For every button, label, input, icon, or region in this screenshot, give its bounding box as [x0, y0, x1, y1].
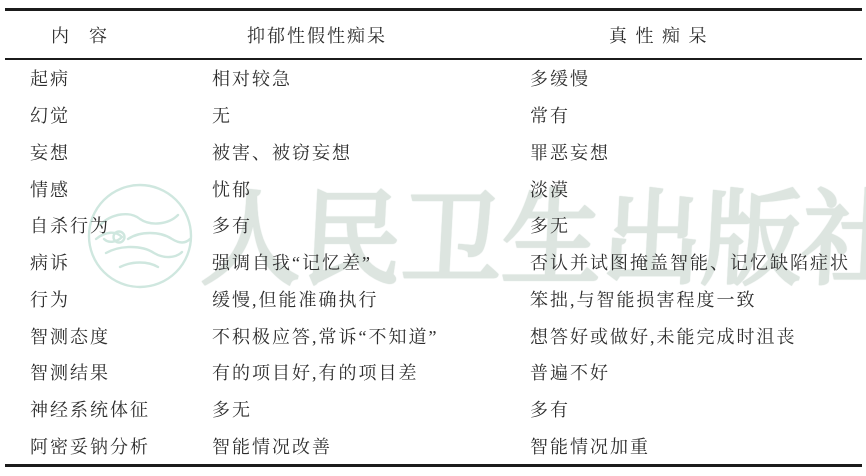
- table-row: 病诉 强调自我“记忆差” 否认并试图掩盖智能、记忆缺陷症状: [5, 244, 862, 281]
- cell-true: 淡漠: [530, 176, 862, 202]
- cell-pseudo: 相对较急: [212, 65, 530, 91]
- cell-true: 多无: [530, 212, 862, 238]
- document-page: 人 民 卫 生 出 版 社 内 容 抑郁性假性痴呆 真 性 痴 呆 起病 相对较…: [0, 0, 866, 476]
- cell-item: 神经系统体征: [5, 396, 212, 422]
- cell-true: 罪恶妄想: [530, 139, 862, 165]
- table-row: 情感 忧郁 淡漠: [5, 170, 862, 207]
- table-row: 智测态度 不积极应答,常诉“不知道” 想答好或做好,未能完成时沮丧: [5, 317, 862, 354]
- table-row: 阿密妥钠分析 智能情况改善 智能情况加重: [5, 427, 862, 464]
- header-cell-item: 内 容: [5, 22, 212, 48]
- cell-item: 智测态度: [5, 323, 212, 349]
- cell-pseudo: 不积极应答,常诉“不知道”: [212, 323, 530, 349]
- cell-pseudo: 多无: [212, 396, 530, 422]
- cell-item: 起病: [5, 65, 212, 91]
- cell-true: 笨拙,与智能损害程度一致: [530, 286, 862, 312]
- cell-item: 幻觉: [5, 102, 212, 128]
- comparison-table: 内 容 抑郁性假性痴呆 真 性 痴 呆 起病 相对较急 多缓慢 幻觉 无 常有 …: [5, 8, 862, 467]
- cell-item: 行为: [5, 286, 212, 312]
- table-row: 幻觉 无 常有: [5, 97, 862, 134]
- table-row: 行为 缓慢,但能准确执行 笨拙,与智能损害程度一致: [5, 280, 862, 317]
- cell-item: 情感: [5, 176, 212, 202]
- table-row: 神经系统体征 多无 多有: [5, 391, 862, 428]
- cell-true: 多缓慢: [530, 65, 862, 91]
- cell-pseudo: 智能情况改善: [212, 433, 530, 459]
- cell-true: 常有: [530, 102, 862, 128]
- cell-pseudo: 被害、被窃妄想: [212, 139, 530, 165]
- cell-pseudo: 缓慢,但能准确执行: [212, 286, 530, 312]
- cell-true: 想答好或做好,未能完成时沮丧: [530, 323, 862, 349]
- table-row: 妄想 被害、被窃妄想 罪恶妄想: [5, 133, 862, 170]
- cell-pseudo: 无: [212, 102, 530, 128]
- header-cell-pseudodementia: 抑郁性假性痴呆: [212, 22, 530, 48]
- cell-item: 自杀行为: [5, 212, 212, 238]
- table-row: 智测结果 有的项目好,有的项目差 普遍不好: [5, 354, 862, 391]
- cell-item: 阿密妥钠分析: [5, 433, 212, 459]
- cell-pseudo: 强调自我“记忆差”: [212, 249, 530, 275]
- cell-item: 妄想: [5, 139, 212, 165]
- cell-pseudo: 多有: [212, 212, 530, 238]
- cell-pseudo: 有的项目好,有的项目差: [212, 359, 530, 385]
- cell-true: 多有: [530, 396, 862, 422]
- cell-pseudo: 忧郁: [212, 176, 530, 202]
- table-body: 起病 相对较急 多缓慢 幻觉 无 常有 妄想 被害、被窃妄想 罪恶妄想 情感 忧…: [5, 60, 862, 464]
- cell-true: 智能情况加重: [530, 433, 862, 459]
- table-row: 自杀行为 多有 多无: [5, 207, 862, 244]
- cell-true: 否认并试图掩盖智能、记忆缺陷症状: [530, 249, 862, 275]
- table-row: 起病 相对较急 多缓慢: [5, 60, 862, 97]
- cell-item: 智测结果: [5, 359, 212, 385]
- table-header-row: 内 容 抑郁性假性痴呆 真 性 痴 呆: [5, 11, 862, 60]
- cell-item: 病诉: [5, 249, 212, 275]
- cell-true: 普遍不好: [530, 359, 862, 385]
- header-cell-true-dementia: 真 性 痴 呆: [530, 22, 862, 48]
